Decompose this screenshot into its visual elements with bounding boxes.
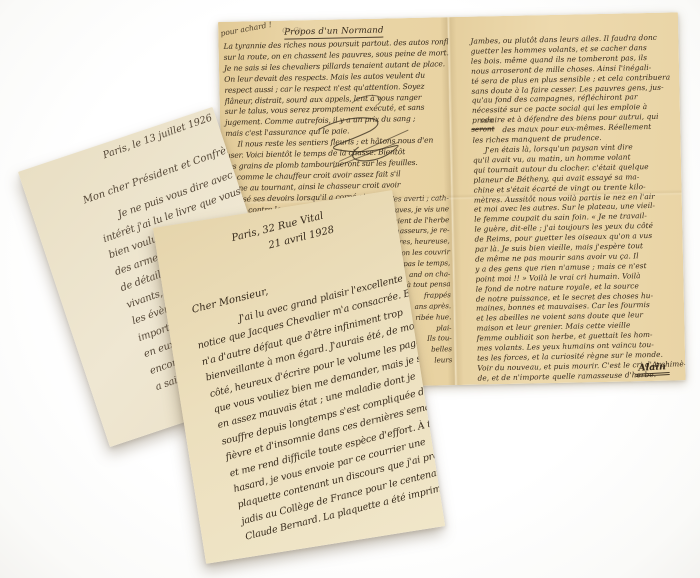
ink-annotation: pour achard ! <box>220 20 273 38</box>
manuscript-page2-text: Jambes, ou plutôt dans leurs ailes. Il f… <box>470 32 680 383</box>
manuscript-title: Propos d'un Normand <box>284 26 384 40</box>
letter-1928-body-text: J'ai lu avec grand plaisir l'excellenten… <box>192 266 445 546</box>
letter-1926-dateline: Paris, le 13 juillet 1926 <box>102 112 214 161</box>
struck-word: seront <box>471 124 494 133</box>
photograph-of-autograph-letters: pour achard ! Cx Ct Propos d'un Normand … <box>0 0 700 578</box>
signature-alain: Alain <box>635 361 669 377</box>
manuscript-page-2: Jambes, ou plutôt dans leurs ailes. Il f… <box>448 12 686 385</box>
